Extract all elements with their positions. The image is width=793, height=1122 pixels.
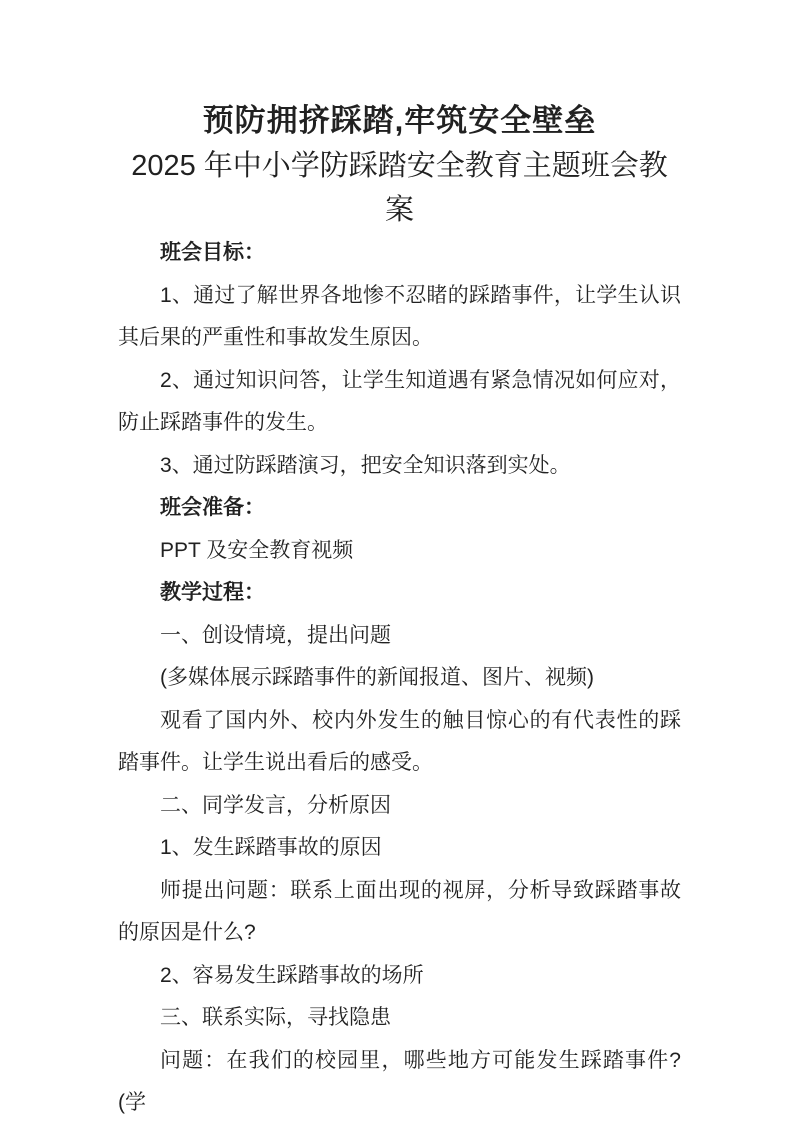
paragraph-step-2: 二、同学发言，分析原因 xyxy=(118,785,681,828)
paragraph-multimedia-note: (多媒体展示踩踏事件的新闻报道、图片、视频) xyxy=(118,657,681,700)
paragraph-cause-2: 2、容易发生踩踏事故的场所 xyxy=(118,955,681,998)
document-page: 预防拥挤踩踏,牢筑安全壁垒 2025 年中小学防踩踏安全教育主题班会教案 班会目… xyxy=(0,0,793,1122)
paragraph-goal-2: 2、通过知识问答，让学生知道遇有紧急情况如何应对，防止踩踏事件的发生。 xyxy=(118,360,681,445)
paragraph-goal-3: 3、通过防踩踏演习，把安全知识落到实处。 xyxy=(118,445,681,488)
paragraph-preparation: PPT 及安全教育视频 xyxy=(118,530,681,573)
paragraph-step-1: 一、创设情境，提出问题 xyxy=(118,615,681,658)
paragraph-goal-1: 1、通过了解世界各地惨不忍睹的踩踏事件，让学生认识其后果的严重性和事故发生原因。 xyxy=(118,275,681,360)
section-heading-meeting-preparation: 班会准备： xyxy=(118,487,681,530)
document-subtitle: 2025 年中小学防踩踏安全教育主题班会教案 xyxy=(118,144,681,232)
document-title: 预防拥挤踩踏,牢筑安全壁垒 xyxy=(118,98,681,144)
paragraph-watch-events: 观看了国内外、校内外发生的触目惊心的有代表性的踩踏事件。让学生说出看后的感受。 xyxy=(118,700,681,785)
document-content: 预防拥挤踩踏,牢筑安全壁垒 2025 年中小学防踩踏安全教育主题班会教案 班会目… xyxy=(0,0,793,1122)
section-heading-teaching-process: 教学过程： xyxy=(118,572,681,615)
paragraph-campus-question: 问题：在我们的校园里，哪些地方可能发生踩踏事件?(学 xyxy=(118,1040,681,1122)
paragraph-teacher-question: 师提出问题：联系上面出现的视屏，分析导致踩踏事故的原因是什么? xyxy=(118,870,681,955)
paragraph-cause-1: 1、发生踩踏事故的原因 xyxy=(118,827,681,870)
document-body: 班会目标： 1、通过了解世界各地惨不忍睹的踩踏事件，让学生认识其后果的严重性和事… xyxy=(118,232,681,1122)
paragraph-step-3: 三、联系实际，寻找隐患 xyxy=(118,997,681,1040)
section-heading-meeting-goals: 班会目标： xyxy=(118,232,681,275)
